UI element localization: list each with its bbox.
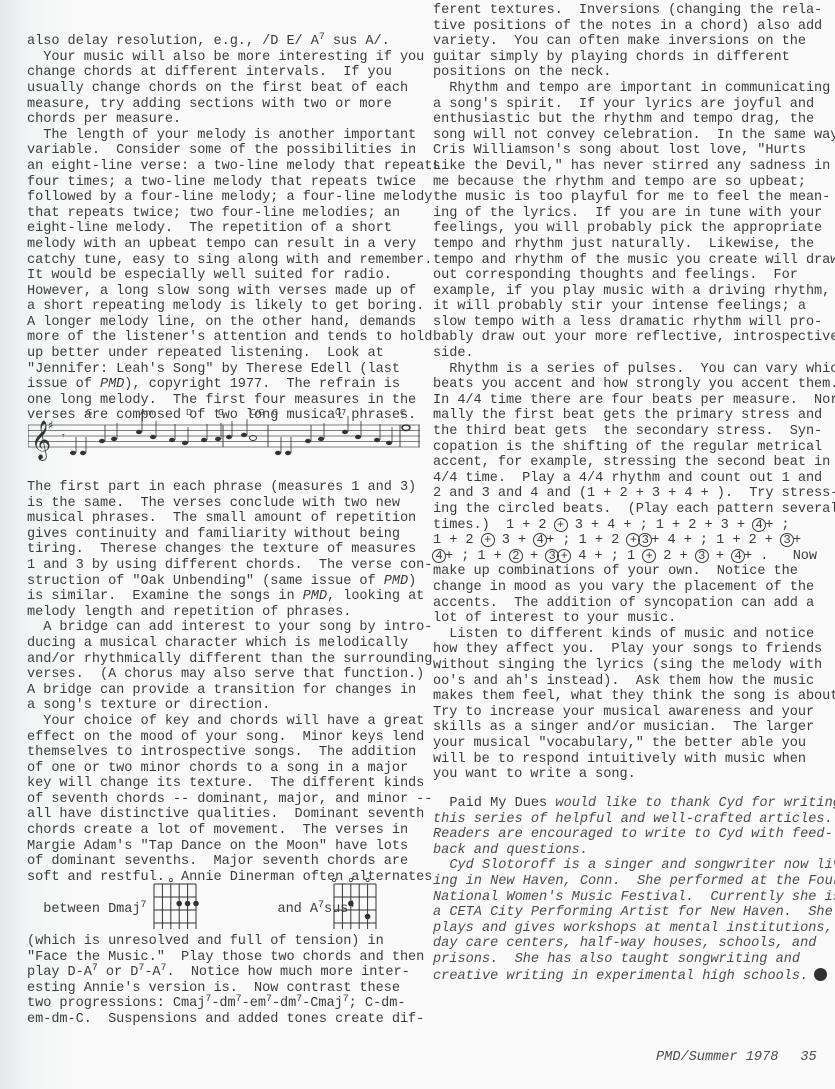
svg-text:D: D <box>186 408 192 417</box>
credit-line: prisons. She has also taught songwriting… <box>433 952 835 968</box>
left-text-block-2: The first part in each phrase (measures … <box>27 480 432 885</box>
text-line: change chords at different intervals. If… <box>27 65 422 81</box>
text-line: beats you accent and how strongly you ac… <box>433 377 833 393</box>
credit-line: this series of helpful and well-crafted … <box>433 812 835 828</box>
text-line: accent, for example, stressing the secon… <box>433 455 833 471</box>
credit-line: Cyd Slotoroff is a singer and songwriter… <box>433 858 835 874</box>
text-line: example, if you play music with a drivin… <box>433 284 833 300</box>
text-line: will be to respond intuitively with musi… <box>433 752 833 768</box>
text-line: bably draw out your more reflective, int… <box>433 330 833 346</box>
text-line: Your music will also be more interesting… <box>27 50 422 66</box>
svg-text:♯: ♯ <box>48 419 53 432</box>
text-line: melody length and repetition of phrases. <box>27 605 432 621</box>
text-line: 2 and 3 and 4 and (1 + 2 + 3 + 4 + ). Tr… <box>433 486 833 502</box>
text-line: ing of the lyrics. If you are in tune wi… <box>433 206 833 222</box>
text-line: Rhythm is a series of pulses. You can va… <box>433 362 833 378</box>
text-line: tempo and rhythm of the music you create… <box>433 253 833 269</box>
text-line: A longer melody line, on the other hand,… <box>27 315 422 331</box>
music-notation-example: 𝄞♯GAmDGC/GGG7C𝄾 <box>28 405 420 475</box>
text-line: feelings, you will probably pick the app… <box>433 221 833 237</box>
text-line: tempo and rhythm just naturally. Likewis… <box>433 237 833 253</box>
text-line: it will probably stir your intense feeli… <box>433 299 833 315</box>
text-line: A bridge can add interest to your song b… <box>27 620 432 636</box>
text-line: a short repeating melody is likely to ge… <box>27 299 422 315</box>
text-line: It would be especially well suited for r… <box>27 268 422 284</box>
text-line: 1 + 2 + 3 + 4+ ; 1 + 2 +3+ 4 + ; 1 + 2 +… <box>433 533 833 549</box>
text-line: chords per measure. <box>27 112 422 128</box>
text-line: key will change its texture. The differe… <box>27 776 432 792</box>
text-line: the music is too playful for me to feel … <box>433 190 833 206</box>
chord-diagram-dmaj7 <box>150 878 200 930</box>
svg-text:G: G <box>272 408 278 417</box>
text-line: an eight-line verse: a two-line melody t… <box>27 159 422 175</box>
svg-text:Am: Am <box>140 408 153 417</box>
text-line: melody with an upbeat tempo can result i… <box>27 237 422 253</box>
text-line: slow tempo with a less dramatic rhythm w… <box>433 315 833 331</box>
text-line: of seventh chords -- dominant, major, an… <box>27 792 432 808</box>
text-line: a song's spirit. If your lyrics are joyf… <box>433 97 833 113</box>
text-line: is similar. Examine the songs in PMD, lo… <box>27 589 432 605</box>
text-line: is the same. The verses conclude with tw… <box>27 496 432 512</box>
left-text-block-3: (which is unresolved and full of tension… <box>27 934 424 1028</box>
svg-text:G: G <box>86 408 92 417</box>
text-line: struction of "Oak Unbending" (same issue… <box>27 574 432 590</box>
text-line: gives continuity and familiarity without… <box>27 527 432 543</box>
text-line: without singing the lyrics (sing the mel… <box>433 658 833 674</box>
text-line: you want to write a song. <box>433 767 833 783</box>
text-line: Listen to different kinds of music and n… <box>433 627 833 643</box>
text-line: 4+ ; 1 + 2 + 3+ 4 + ; 1 + 2 + 3 + 4+ . N… <box>433 549 833 565</box>
credit-line: Readers are encouraged to write to Cyd w… <box>433 827 835 843</box>
text-line: 1 and 3 by using different chords. The v… <box>27 558 432 574</box>
text-line: (which is unresolved and full of tension… <box>27 934 424 950</box>
text-line: and/or rhythmically different than the s… <box>27 652 432 668</box>
text-line: Try to increase your musical awareness a… <box>433 705 833 721</box>
text-line: out corresponding thoughts and feelings.… <box>433 268 833 284</box>
text-line: In 4/4 time there are four beats per mea… <box>433 393 833 409</box>
text-line: enthusiastic but the rhythm and tempo dr… <box>433 112 833 128</box>
chord-diagram-a7sus4 <box>330 878 380 930</box>
text-line: up better under repeated listening. Look… <box>27 346 422 362</box>
text-line: two progressions: Cmaj7-dm7-em7-dm7-Cmaj… <box>27 996 424 1012</box>
text-line: your musical "vocabulary," the better ab… <box>433 736 833 752</box>
text-line: effect on the mood of your song. Minor k… <box>27 730 432 746</box>
text-line: issue of PMD), copyright 1977. The refra… <box>27 377 422 393</box>
svg-text:𝄾: 𝄾 <box>62 432 65 443</box>
end-of-article-bullet <box>814 968 827 981</box>
text-line: variety. You can often make inversions o… <box>433 34 833 50</box>
text-line: "Jennifer: Leah's Song" by Therese Edell… <box>27 362 422 378</box>
text-line: make up combinations of your own. Notice… <box>433 564 833 580</box>
credit-line: Paid My Dues would like to thank Cyd for… <box>433 796 835 812</box>
text-line: the third beat gets the secondary stress… <box>433 424 833 440</box>
text-line: Rhythm and tempo are important in commun… <box>433 81 833 97</box>
right-column: ferent textures. Inversions (changing th… <box>433 3 833 783</box>
text-line: accents. The addition of syncopation can… <box>433 596 833 612</box>
text-line: "Face the Music." Play those two chords … <box>27 950 424 966</box>
text-line: tive positions of the notes in a chord) … <box>433 19 833 35</box>
text-line: esting Annie's version is. Now contrast … <box>27 981 424 997</box>
text-line: copation is the shifting of the regular … <box>433 440 833 456</box>
text-line: guitar simply by playing chords in diffe… <box>433 50 833 66</box>
text-line: chords create a lot of movement. The ver… <box>27 823 432 839</box>
credit-line: creative writing in experimental high sc… <box>433 968 835 984</box>
text-line: a song's texture or direction. <box>27 698 432 714</box>
text-line: ing the circled beats. (Play each patter… <box>433 502 833 518</box>
text-line: Your choice of key and chords will have … <box>27 714 432 730</box>
text-line: all have distinctive qualities. Dominant… <box>27 807 432 823</box>
text-line: catchy tune, easy to sing along with and… <box>27 253 422 269</box>
text-line: 4/4 time. Play a 4/4 rhythm and count ou… <box>433 471 833 487</box>
text-line: ferent textures. Inversions (changing th… <box>433 3 833 19</box>
credit-line: a CETA City Performing Artist for New Ha… <box>433 905 835 921</box>
text-line: measure, try adding sections with two or… <box>27 97 422 113</box>
text-line: also delay resolution, e.g., /D E/ A7 su… <box>27 34 422 50</box>
text-line: that repeats twice; two four-line melodi… <box>27 206 422 222</box>
page-number: 35 <box>800 1050 816 1065</box>
text-line: oo's and ah's instead). Ask them how the… <box>433 674 833 690</box>
text-line: makes them feel, what they think the son… <box>433 689 833 705</box>
text-line: verses. (A chorus may also serve that fu… <box>27 667 432 683</box>
left-text-block-1: also delay resolution, e.g., /D E/ A7 su… <box>27 34 422 424</box>
text-line: positions on the neck. <box>433 65 833 81</box>
credit-line: plays and gives workshops at mental inst… <box>433 921 835 937</box>
text-line: ducing a musical character which is melo… <box>27 636 432 652</box>
text-line: tiring. Therese changes the texture of m… <box>27 542 432 558</box>
text-line: play D-A7 or D7-A7. Notice how much more… <box>27 965 424 981</box>
text-line: Like the Devil," has never stirred any s… <box>433 159 833 175</box>
svg-text:G7: G7 <box>335 408 346 417</box>
author-credits: Paid My Dues would like to thank Cyd for… <box>433 796 835 983</box>
svg-text:C/G: C/G <box>250 408 264 417</box>
text-line: Cris Williamson's song about lost love, … <box>433 143 833 159</box>
issue-label: PMD/Summer 1978 <box>656 1050 778 1065</box>
svg-text:G: G <box>218 408 224 417</box>
text-line: A bridge can provide a transition for ch… <box>27 683 432 699</box>
text-line: The first part in each phrase (measures … <box>27 480 432 496</box>
credit-line: day care centers, half-way houses, schoo… <box>433 936 835 952</box>
text-line: of one or two minor chords to a song in … <box>27 761 432 777</box>
text-line: The length of your melody is another imp… <box>27 128 422 144</box>
credit-line: ing in New Haven, Conn. She performed at… <box>433 874 835 890</box>
svg-text:C: C <box>400 408 406 417</box>
credit-line: back and questions. <box>433 843 835 859</box>
text-line: how they affect you. Play your songs to … <box>433 642 833 658</box>
text-line: eight-line melody. The repetition of a s… <box>27 221 422 237</box>
text-line: musical phrases. The small amount of rep… <box>27 511 432 527</box>
text-line: more of the listener's attention and ten… <box>27 330 422 346</box>
page-footer: PMD/Summer 197835 <box>656 1050 817 1065</box>
text-line: skills as a singer and/or musician. The … <box>433 720 833 736</box>
text-line: However, a long slow song with verses ma… <box>27 284 422 300</box>
chord-label-dmaj7: between Dmaj7 <box>43 902 146 917</box>
text-line: song will not convey celebration. In the… <box>433 128 833 144</box>
text-line: of dominant sevenths. Major seventh chor… <box>27 854 432 870</box>
credit-line: National Women's Music Festival. Current… <box>433 890 835 906</box>
text-line: Margie Adam's "Tap Dance on the Moon" ha… <box>27 839 432 855</box>
text-line: variable. Consider some of the possibili… <box>27 143 422 159</box>
text-line: mally the first beat gets the primary st… <box>433 408 833 424</box>
text-line: themselves to introspective songs. The a… <box>27 745 432 761</box>
text-line: four times; a two-line melody that repea… <box>27 175 422 191</box>
text-line: change in mood as you vary the placement… <box>433 580 833 596</box>
text-line: side. <box>433 346 833 362</box>
left-column: also delay resolution, e.g., /D E/ A7 su… <box>27 3 422 440</box>
text-line: followed by a four-line melody; a four-l… <box>27 190 422 206</box>
text-line: em-dm-C. Suspensions and added tones cre… <box>27 1012 424 1028</box>
text-line: lot of interest to your music. <box>433 611 833 627</box>
text-line: me because the rhythm and tempo are so u… <box>433 175 833 191</box>
text-line: times.) 1 + 2 + 3 + 4 + ; 1 + 2 + 3 + 4+… <box>433 518 833 534</box>
text-line: usually change chords on the first beat … <box>27 81 422 97</box>
